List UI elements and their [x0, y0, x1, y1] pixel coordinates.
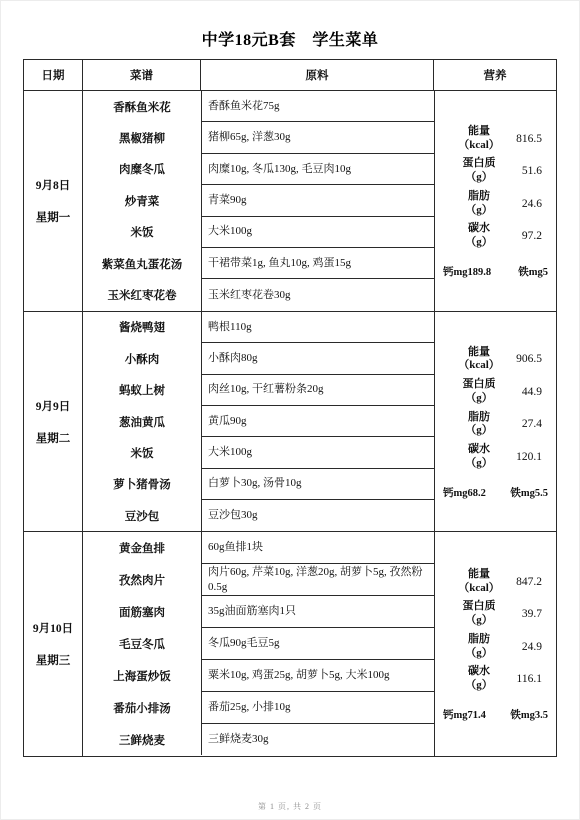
- nutrition-value: 116.1: [517, 673, 548, 685]
- header-menu: 菜谱: [82, 60, 200, 90]
- dish-list: 香酥鱼米花 香酥鱼米花75g 黑椒猪柳 猪柳65g, 洋葱30g 肉糜冬瓜 肉糜…: [82, 91, 434, 311]
- dish-ingredients: 大米100g: [201, 217, 434, 248]
- nutrition-value: 816.5: [516, 133, 548, 145]
- minerals-row: 钙mg71.4 铁mg3.5: [443, 707, 548, 722]
- nutrition-row-energy: 能量 （kcal） 906.5: [443, 346, 548, 374]
- dish-name: 毛豆冬瓜: [83, 628, 201, 660]
- nutrition-value: 847.2: [516, 576, 548, 588]
- dish-name: 孜然肉片: [83, 564, 201, 596]
- dish-ingredients: 小酥肉80g: [201, 343, 434, 374]
- dish-name: 蚂蚁上树: [83, 375, 201, 406]
- menu-row: 炒青菜 青菜90g: [83, 185, 434, 216]
- menu-row: 上海蛋炒饭 粟米10g, 鸡蛋25g, 胡萝卜5g, 大米100g: [83, 660, 434, 692]
- dish-name: 萝卜猪骨汤: [83, 469, 201, 500]
- nutrition-row-fat: 脂肪 （g） 27.4: [443, 411, 548, 439]
- dish-ingredients: 冬瓜90g毛豆5g: [201, 628, 434, 660]
- dish-ingredients: 肉糜10g, 冬瓜130g, 毛豆肉10g: [201, 154, 434, 185]
- day-section-wednesday: 9月10日 星期三 黄金鱼排 60g鱼排1块 孜然肉片 肉片60g, 芹菜10g…: [24, 531, 556, 755]
- dish-ingredients: 鸭根110g: [201, 312, 434, 343]
- weekday-text: 星期二: [36, 430, 71, 446]
- dish-name: 炒青菜: [83, 185, 201, 216]
- nutrition-value: 24.6: [522, 198, 548, 210]
- nutrition-cell: 能量 （kcal） 906.5 蛋白质 （g） 44.9 脂肪 （g）: [434, 312, 556, 532]
- nutrition-row-fat: 脂肪 （g） 24.6: [443, 190, 548, 218]
- nutrition-cell: 能量 （kcal） 816.5 蛋白质 （g） 51.6 脂肪 （g）: [434, 91, 556, 311]
- calcium-value: 钙mg68.2: [443, 485, 486, 500]
- dish-ingredients: 番茄25g, 小排10g: [201, 692, 434, 724]
- nutrition-value: 39.7: [522, 608, 548, 620]
- nutrition-row-carbs: 碳水 （g） 116.1: [443, 665, 548, 693]
- day-section-monday: 9月8日 星期一 香酥鱼米花 香酥鱼米花75g 黑椒猪柳 猪柳65g, 洋葱30…: [24, 90, 556, 311]
- iron-value: 铁mg5.5: [510, 485, 548, 500]
- dish-list: 黄金鱼排 60g鱼排1块 孜然肉片 肉片60g, 芹菜10g, 洋葱20g, 胡…: [82, 532, 434, 755]
- menu-row: 肉糜冬瓜 肉糜10g, 冬瓜130g, 毛豆肉10g: [83, 154, 434, 185]
- minerals-row: 钙mg189.8 铁mg5: [443, 264, 548, 279]
- dish-ingredients: 香酥鱼米花75g: [201, 91, 434, 122]
- dish-name: 番茄小排汤: [83, 692, 201, 724]
- dish-name: 米饭: [83, 217, 201, 248]
- nutrition-row-energy: 能量 （kcal） 847.2: [443, 568, 548, 596]
- menu-row: 蚂蚁上树 肉丝10g, 干红薯粉条20g: [83, 375, 434, 406]
- menu-row: 香酥鱼米花 香酥鱼米花75g: [83, 91, 434, 122]
- dish-name: 上海蛋炒饭: [83, 660, 201, 692]
- menu-row: 葱油黄瓜 黄瓜90g: [83, 406, 434, 437]
- dish-ingredients: 肉片60g, 芹菜10g, 洋葱20g, 胡萝卜5g, 孜然粉0.5g: [201, 564, 434, 596]
- menu-row: 紫菜鱼丸蛋花汤 干裙带菜1g, 鱼丸10g, 鸡蛋15g: [83, 248, 434, 279]
- header-ingredients: 原料: [200, 60, 433, 90]
- dish-name: 豆沙包: [83, 500, 201, 531]
- nutrition-label: 脂肪 （g）: [443, 190, 515, 218]
- menu-row: 小酥肉 小酥肉80g: [83, 343, 434, 374]
- calcium-value: 钙mg189.8: [443, 264, 491, 279]
- table-header-row: 日期 菜谱 原料 营养: [24, 60, 556, 90]
- date-text: 9月9日: [36, 398, 71, 414]
- dish-name: 肉糜冬瓜: [83, 154, 201, 185]
- menu-row: 黄金鱼排 60g鱼排1块: [83, 532, 434, 564]
- dish-name: 玉米红枣花卷: [83, 279, 201, 310]
- nutrition-label: 蛋白质 （g）: [443, 378, 515, 406]
- header-date: 日期: [24, 60, 82, 90]
- nutrition-value: 44.9: [522, 386, 548, 398]
- page-title: 中学18元B套 学生菜单: [1, 27, 579, 50]
- nutrition-label: 碳水 （g）: [443, 665, 515, 693]
- dish-ingredients: 黄瓜90g: [201, 406, 434, 437]
- dish-ingredients: 干裙带菜1g, 鱼丸10g, 鸡蛋15g: [201, 248, 434, 279]
- dish-name: 小酥肉: [83, 343, 201, 374]
- menu-row: 萝卜猪骨汤 白萝卜30g, 汤骨10g: [83, 469, 434, 500]
- menu-row: 面筋塞肉 35g油面筋塞肉1只: [83, 596, 434, 628]
- menu-page: 中学18元B套 学生菜单 日期 菜谱 原料 营养 9月8日 星期一 香酥鱼米花 …: [0, 0, 580, 820]
- dish-name: 紫菜鱼丸蛋花汤: [83, 248, 201, 279]
- nutrition-value: 51.6: [522, 165, 548, 177]
- dish-list: 酱烧鸭翅 鸭根110g 小酥肉 小酥肉80g 蚂蚁上树 肉丝10g, 干红薯粉条…: [82, 312, 434, 532]
- nutrition-value: 24.9: [522, 641, 548, 653]
- dish-name: 香酥鱼米花: [83, 91, 201, 122]
- menu-row: 酱烧鸭翅 鸭根110g: [83, 312, 434, 343]
- menu-row: 孜然肉片 肉片60g, 芹菜10g, 洋葱20g, 胡萝卜5g, 孜然粉0.5g: [83, 564, 434, 596]
- nutrition-row-carbs: 碳水 （g） 120.1: [443, 443, 548, 471]
- dish-ingredients: 肉丝10g, 干红薯粉条20g: [201, 375, 434, 406]
- header-nutrition: 营养: [433, 60, 556, 90]
- nutrition-row-protein: 蛋白质 （g） 44.9: [443, 378, 548, 406]
- weekday-text: 星期一: [36, 209, 71, 225]
- nutrition-label: 脂肪 （g）: [443, 411, 515, 439]
- menu-table: 日期 菜谱 原料 营养 9月8日 星期一 香酥鱼米花 香酥鱼米花75g 黑椒猪柳…: [23, 59, 557, 757]
- weekday-text: 星期三: [36, 652, 71, 668]
- nutrition-row-protein: 蛋白质 （g） 51.6: [443, 157, 548, 185]
- dish-ingredients: 大米100g: [201, 437, 434, 468]
- dish-ingredients: 60g鱼排1块: [201, 532, 434, 564]
- menu-row: 黑椒猪柳 猪柳65g, 洋葱30g: [83, 122, 434, 153]
- date-cell: 9月9日 星期二: [24, 312, 82, 532]
- dish-ingredients: 玉米红枣花卷30g: [201, 279, 434, 310]
- nutrition-value: 906.5: [516, 353, 548, 365]
- nutrition-row-energy: 能量 （kcal） 816.5: [443, 125, 548, 153]
- date-cell: 9月8日 星期一: [24, 91, 82, 311]
- nutrition-value: 97.2: [522, 230, 548, 242]
- dish-name: 米饭: [83, 437, 201, 468]
- nutrition-label: 蛋白质 （g）: [443, 157, 515, 185]
- nutrition-label: 能量 （kcal）: [443, 125, 515, 153]
- dish-name: 葱油黄瓜: [83, 406, 201, 437]
- nutrition-label: 碳水 （g）: [443, 222, 515, 250]
- dish-ingredients: 青菜90g: [201, 185, 434, 216]
- nutrition-value: 27.4: [522, 418, 548, 430]
- nutrition-label: 脂肪 （g）: [443, 633, 515, 661]
- day-section-tuesday: 9月9日 星期二 酱烧鸭翅 鸭根110g 小酥肉 小酥肉80g 蚂蚁上树 肉丝1…: [24, 311, 556, 532]
- nutrition-label: 碳水 （g）: [443, 443, 515, 471]
- menu-row: 玉米红枣花卷 玉米红枣花卷30g: [83, 279, 434, 310]
- page-footer: 第 1 页, 共 2 页: [1, 801, 579, 812]
- dish-name: 面筋塞肉: [83, 596, 201, 628]
- dish-name: 黄金鱼排: [83, 532, 201, 564]
- dish-ingredients: 粟米10g, 鸡蛋25g, 胡萝卜5g, 大米100g: [201, 660, 434, 692]
- dish-ingredients: 猪柳65g, 洋葱30g: [201, 122, 434, 153]
- nutrition-cell: 能量 （kcal） 847.2 蛋白质 （g） 39.7 脂肪 （g）: [434, 532, 556, 755]
- menu-row: 米饭 大米100g: [83, 217, 434, 248]
- menu-row: 番茄小排汤 番茄25g, 小排10g: [83, 692, 434, 724]
- date-text: 9月10日: [33, 620, 73, 636]
- dish-ingredients: 白萝卜30g, 汤骨10g: [201, 469, 434, 500]
- menu-row: 毛豆冬瓜 冬瓜90g毛豆5g: [83, 628, 434, 660]
- nutrition-value: 120.1: [516, 451, 548, 463]
- menu-row: 豆沙包 豆沙包30g: [83, 500, 434, 531]
- calcium-value: 钙mg71.4: [443, 707, 486, 722]
- dish-name: 黑椒猪柳: [83, 122, 201, 153]
- nutrition-row-protein: 蛋白质 （g） 39.7: [443, 600, 548, 628]
- nutrition-label: 蛋白质 （g）: [443, 600, 515, 628]
- date-cell: 9月10日 星期三: [24, 532, 82, 755]
- dish-ingredients: 三鲜烧麦30g: [201, 724, 434, 756]
- nutrition-label: 能量 （kcal）: [443, 346, 515, 374]
- nutrition-row-carbs: 碳水 （g） 97.2: [443, 222, 548, 250]
- dish-ingredients: 35g油面筋塞肉1只: [201, 596, 434, 628]
- nutrition-row-fat: 脂肪 （g） 24.9: [443, 633, 548, 661]
- dish-ingredients: 豆沙包30g: [201, 500, 434, 531]
- minerals-row: 钙mg68.2 铁mg5.5: [443, 485, 548, 500]
- dish-name: 三鲜烧麦: [83, 724, 201, 756]
- iron-value: 铁mg3.5: [510, 707, 548, 722]
- iron-value: 铁mg5: [518, 264, 548, 279]
- menu-row: 米饭 大米100g: [83, 437, 434, 468]
- nutrition-label: 能量 （kcal）: [443, 568, 515, 596]
- dish-name: 酱烧鸭翅: [83, 312, 201, 343]
- menu-row: 三鲜烧麦 三鲜烧麦30g: [83, 724, 434, 756]
- date-text: 9月8日: [36, 177, 71, 193]
